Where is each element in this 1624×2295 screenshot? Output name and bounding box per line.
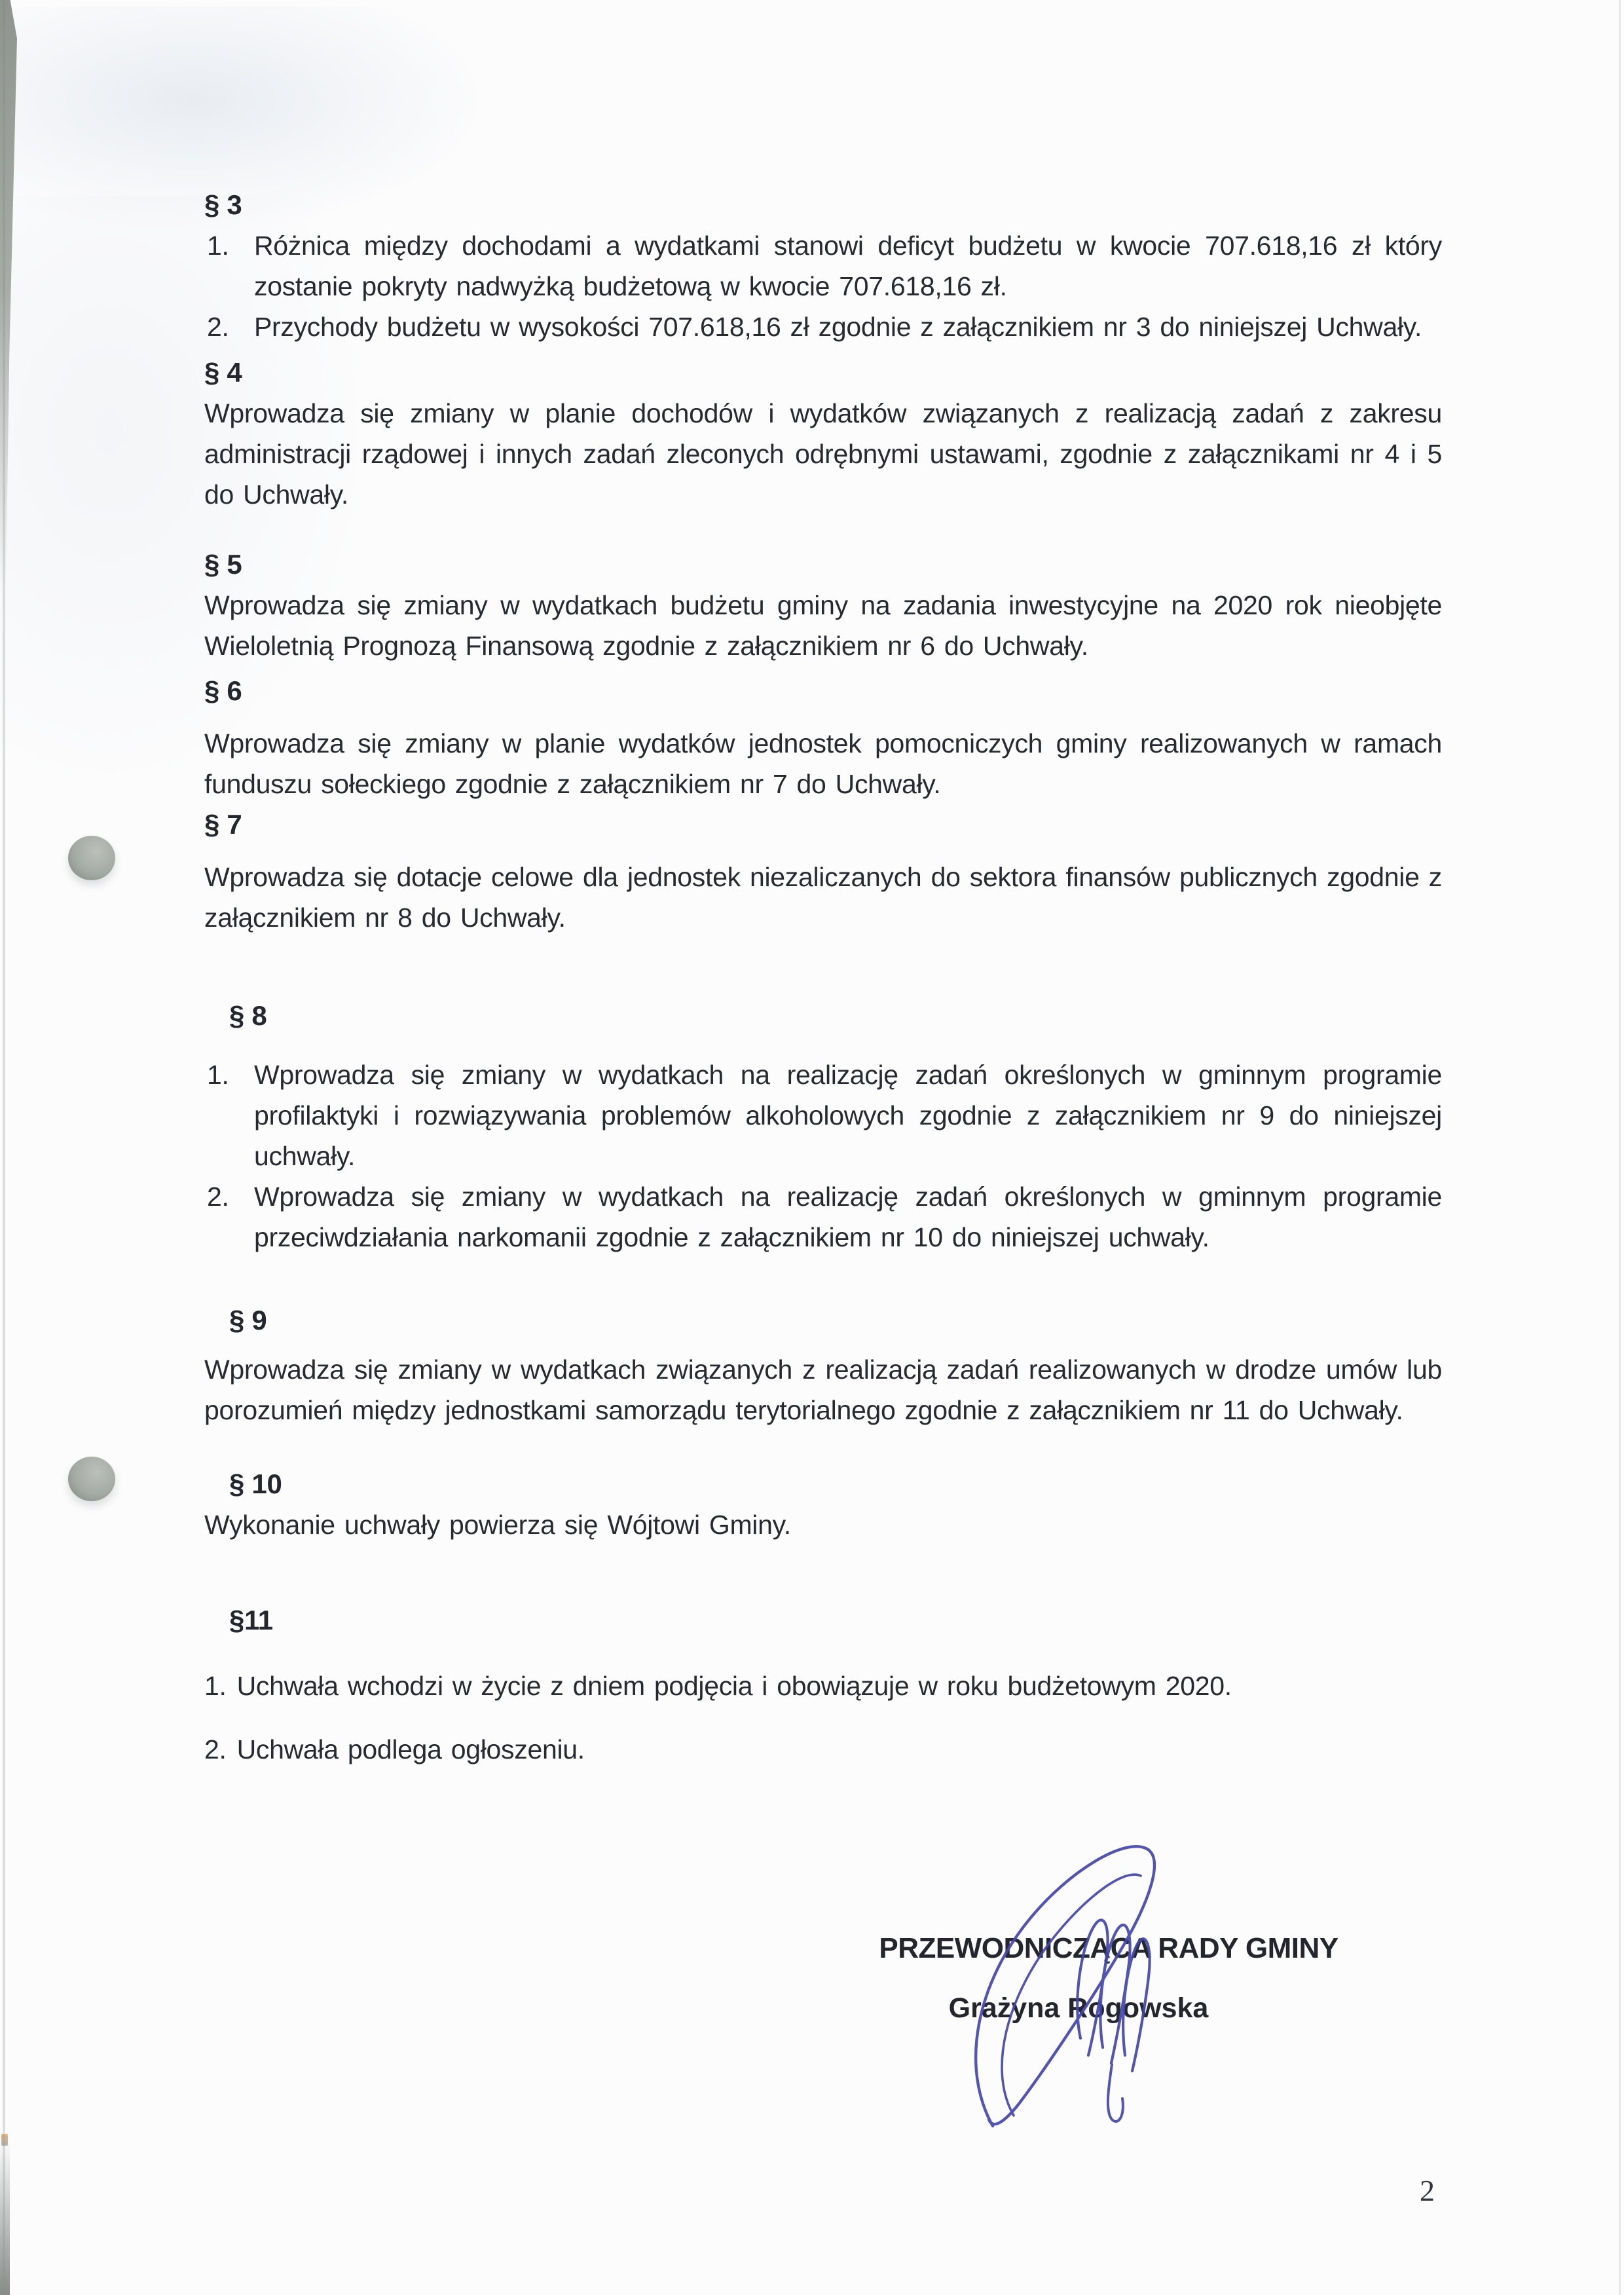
list-item-marker: 1. xyxy=(204,1671,227,1701)
list-item-text: Uchwała podlega ogłoszeniu. xyxy=(237,1734,585,1764)
list-item: 1.Uchwała wchodzi w życie z dniem podjęc… xyxy=(204,1666,1442,1706)
section-heading: §11 xyxy=(204,1600,1442,1641)
list-item-marker: 2. xyxy=(204,1734,227,1764)
scan-speck xyxy=(1,2134,8,2146)
signatory-name: Grażyna Rogowska xyxy=(844,1991,1313,2025)
scan-edge-left-bottom xyxy=(0,2131,10,2295)
section-par-6: § 6 Wprowadza się zmiany w planie wydatk… xyxy=(204,671,1442,804)
list-item: 1. Różnica między dochodami a wydatkami … xyxy=(204,225,1442,307)
list-item-marker: 2. xyxy=(207,307,229,347)
list-item-text: Wprowadza się zmiany w wydatkach na real… xyxy=(254,1060,1442,1171)
scanned-document-page: § 3 1. Różnica między dochodami a wydatk… xyxy=(0,0,1624,2295)
section-paragraph: Wprowadza się zmiany w wydatkach budżetu… xyxy=(204,585,1442,666)
numbered-list: 1. Wprowadza się zmiany w wydatkach na r… xyxy=(204,1054,1442,1258)
section-paragraph: Wprowadza się zmiany w planie dochodów i… xyxy=(204,393,1442,515)
numbered-list: 1. Różnica między dochodami a wydatkami … xyxy=(204,225,1442,347)
list-item-text: Przychody budżetu w wysokości 707.618,16… xyxy=(254,312,1422,342)
section-heading: § 3 xyxy=(204,185,1442,225)
page-number: 2 xyxy=(1420,2173,1435,2208)
section-heading: § 6 xyxy=(204,671,1442,711)
section-par-4: § 4 Wprowadza się zmiany w planie dochod… xyxy=(204,352,1442,515)
hole-punch-mark-bottom xyxy=(68,1457,115,1501)
signatory-title: PRZEWODNICZĄCA RADY GMINY xyxy=(874,1931,1343,1966)
list-item-marker: 1. xyxy=(207,1054,229,1095)
list-item: 1. Wprowadza się zmiany w wydatkach na r… xyxy=(204,1054,1442,1176)
section-par-9: § 9 Wprowadza się zmiany w wydatkach zwi… xyxy=(204,1300,1442,1430)
list-item-text: Wprowadza się zmiany w wydatkach na real… xyxy=(254,1182,1442,1252)
section-paragraph: Wprowadza się dotacje celowe dla jednost… xyxy=(204,857,1442,938)
list-item: 2. Wprowadza się zmiany w wydatkach na r… xyxy=(204,1176,1442,1258)
scan-edge-right-line xyxy=(1619,0,1621,2295)
document-body: § 3 1. Różnica między dochodami a wydatk… xyxy=(204,185,1442,1770)
list-item-text: Różnica między dochodami a wydatkami sta… xyxy=(254,231,1442,301)
scan-edge-left-line xyxy=(3,0,5,2295)
section-heading: § 5 xyxy=(204,544,1442,585)
section-heading: § 4 xyxy=(204,352,1442,393)
list-item: 2.Uchwała podlega ogłoszeniu. xyxy=(204,1729,1442,1770)
signature-block: PRZEWODNICZĄCA RADY GMINY Grażyna Rogows… xyxy=(874,1931,1343,2025)
list-item: 2. Przychody budżetu w wysokości 707.618… xyxy=(204,307,1442,347)
section-par-7: § 7 Wprowadza się dotacje celowe dla jed… xyxy=(204,804,1442,938)
list-item-marker: 2. xyxy=(207,1176,229,1217)
section-par-8: § 8 1. Wprowadza się zmiany w wydatkach … xyxy=(204,996,1442,1258)
section-par-10: § 10 Wykonanie uchwały powierza się Wójt… xyxy=(204,1464,1442,1545)
section-paragraph: Wprowadza się zmiany w planie wydatków j… xyxy=(204,723,1442,804)
hole-punch-mark-top xyxy=(68,836,115,880)
section-heading: § 8 xyxy=(204,996,1442,1036)
section-paragraph: Wykonanie uchwały powierza się Wójtowi G… xyxy=(204,1504,1442,1545)
list-item-marker: 1. xyxy=(207,225,229,266)
section-par-5: § 5 Wprowadza się zmiany w wydatkach bud… xyxy=(204,544,1442,666)
section-heading: § 9 xyxy=(204,1300,1442,1341)
section-heading: § 7 xyxy=(204,804,1442,845)
list-item-text: Uchwała wchodzi w życie z dniem podjęcia… xyxy=(237,1671,1232,1701)
section-heading: § 10 xyxy=(204,1464,1442,1504)
section-par-11: §11 1.Uchwała wchodzi w życie z dniem po… xyxy=(204,1600,1442,1770)
section-par-3: § 3 1. Różnica między dochodami a wydatk… xyxy=(204,185,1442,347)
section-paragraph: Wprowadza się zmiany w wydatkach związan… xyxy=(204,1349,1442,1430)
